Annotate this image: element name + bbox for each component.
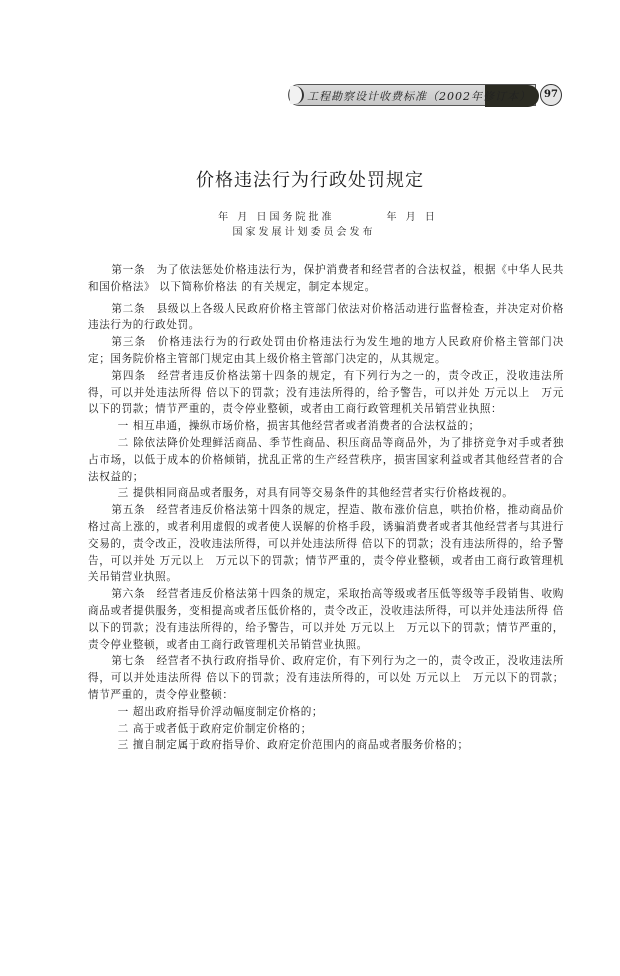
article-6: 第六条 经营者违反价格法第十四条的规定，采取抬高等级或者压低等级等手段销售、收购… — [88, 586, 564, 653]
article-label: 第三条 — [111, 336, 146, 348]
article-7-item-2: 二 高于或者低于政府定价制定价格的； — [88, 721, 564, 738]
running-header-banner: 工程勘察设计收费标准（2002年修订本） 97 — [288, 84, 550, 106]
article-text: 经营者违反价格法第十四条的规定，捏造、散布涨价信息，哄抬价格，推动商品价格过高上… — [88, 504, 564, 583]
article-label: 第五条 — [111, 504, 145, 516]
article-2: 第二条 县级以上各级人民政府价格主管部门依法对价格活动进行监督检查，并决定对价格… — [88, 301, 564, 335]
article-label: 第二条 — [111, 303, 145, 315]
article-label: 第六条 — [111, 588, 145, 600]
article-text: 经营者违反价格法第十四条的规定，有下列行为之一的，责令改正，没收违法所得，可以并… — [88, 370, 564, 416]
page-number: 97 — [540, 84, 562, 106]
article-4-item-3: 三 提供相同商品或者服务，对具有同等交易条件的其他经营者实行价格歧视的。 — [88, 485, 564, 502]
article-3: 第三条 价格违法行为的行政处罚由价格违法行为发生地的地方人民政府价格主管部门决定… — [88, 334, 564, 368]
issuer-line: 国家发展计划委员会发布 — [0, 223, 614, 238]
article-7: 第七条 经营者不执行政府指导价、政府定价，有下列行为之一的，责令改正，没收违法所… — [88, 653, 564, 703]
article-1: 第一条 为了依法惩处价格违法行为，保护消费者和经营者的合法权益，根据《中华人民共… — [88, 262, 564, 296]
article-4: 第四条 经营者违反价格法第十四条的规定，有下列行为之一的，责令改正，没收违法所得… — [88, 368, 564, 418]
article-text: 经营者违反价格法第十四条的规定，采取抬高等级或者压低等级等手段销售、收购商品或者… — [88, 588, 564, 650]
article-7-item-1: 一 超出政府指导价浮动幅度制定价格的； — [88, 704, 564, 721]
running-title: 工程勘察设计收费标准（2002年修订本） — [307, 88, 531, 104]
article-label: 第一条 — [111, 264, 145, 276]
article-text: 价格违法行为的行政处罚由价格违法行为发生地的地方人民政府价格主管部门决定；国务院… — [88, 336, 564, 365]
document-title: 价格违法行为行政处罚规定 — [0, 166, 620, 192]
article-4-item-2: 二 除依法降价处理鲜活商品、季节性商品、积压商品等商品外，为了排挤竞争对手或者独… — [88, 435, 564, 485]
article-label: 第四条 — [111, 370, 146, 382]
banner-end-cap — [290, 86, 304, 104]
article-7-item-3: 三 擅自制定属于政府指导价、政府定价范围内的商品或者服务价格的； — [88, 737, 564, 754]
article-label: 第七条 — [111, 655, 145, 667]
article-5: 第五条 经营者违反价格法第十四条的规定，捏造、散布涨价信息，哄抬价格，推动商品价… — [88, 502, 564, 586]
article-text: 为了依法惩处价格违法行为，保护消费者和经营者的合法权益，根据《中华人民共和国价格… — [88, 264, 564, 293]
article-text: 县级以上各级人民政府价格主管部门依法对价格活动进行监督检查，并决定对价格违法行为… — [88, 303, 564, 332]
article-4-item-1: 一 相互串通，操纵市场价格，损害其他经营者或者消费者的合法权益的； — [88, 418, 564, 435]
article-text: 经营者不执行政府指导价、政府定价，有下列行为之一的，责令改正，没收违法所得，可以… — [88, 655, 564, 701]
approval-line: 年 月 日国务院批准 年 月 日 — [18, 208, 620, 223]
document-body: 第一条 为了依法惩处价格违法行为，保护消费者和经营者的合法权益，根据《中华人民共… — [88, 262, 564, 754]
banner-bar: 工程勘察设计收费标准（2002年修订本） — [288, 84, 536, 106]
